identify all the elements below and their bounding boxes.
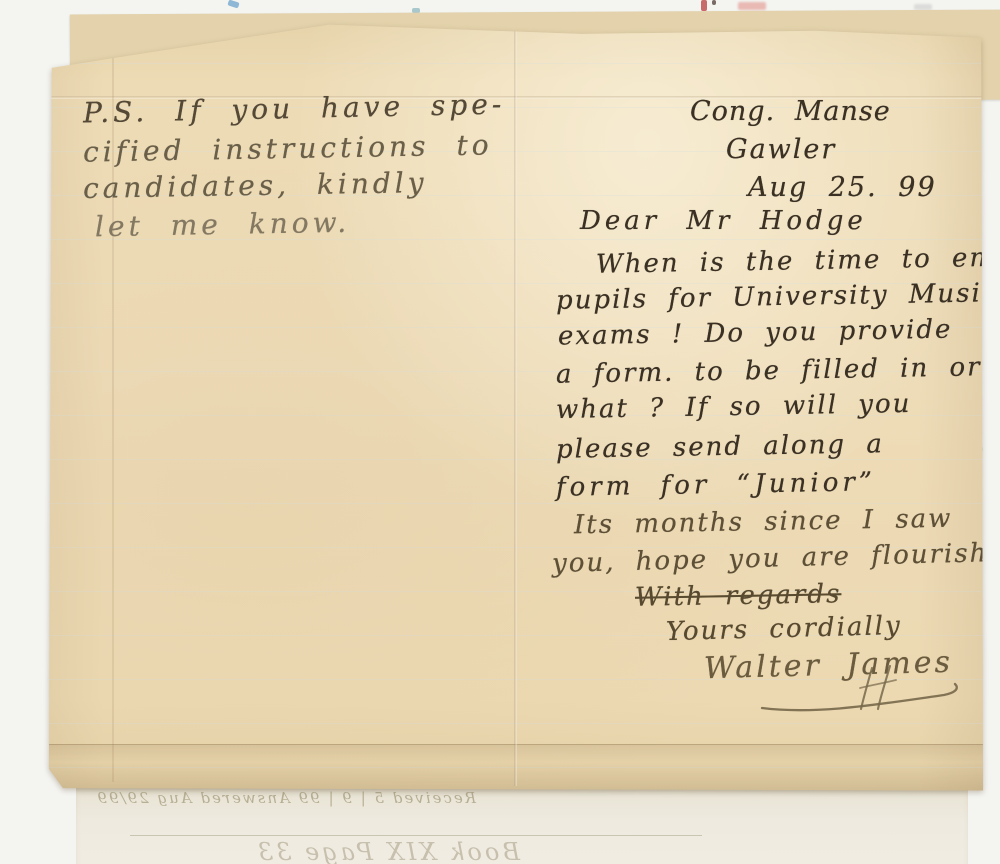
body-line: please send along a	[556, 429, 884, 465]
heading-date: Aug 25. 99	[748, 172, 937, 203]
verso-sheet: Received 5 | 9 | 99 Answered Aug 29/99 B…	[76, 786, 968, 864]
red-ink-speck	[701, 0, 707, 11]
green-speck	[982, 445, 987, 453]
dark-speck	[712, 0, 716, 5]
scanned-letter-page: Received 5 | 9 | 99 Answered Aug 29/99 B…	[0, 0, 1000, 864]
verso-rule-line	[130, 835, 702, 836]
salutation-line: Dear Mr Hodge	[580, 206, 867, 236]
closing-line: Yours cordially	[666, 611, 902, 647]
body-line: form for “Junior”	[556, 467, 877, 503]
blue-ink-speck	[227, 0, 239, 9]
heading-place-line: Cong. Manse	[690, 96, 891, 127]
signature-flourish	[748, 662, 974, 718]
letter-sheet: P.S. If you have spe- cified instruction…	[48, 20, 984, 792]
heading-place-line: Gawler	[726, 134, 836, 165]
postscript-line: let me know.	[95, 206, 351, 243]
center-fold-crease	[514, 28, 517, 786]
closing-line: With regards	[635, 579, 842, 613]
body-line: what ? If so will you	[556, 389, 912, 425]
pink-smudge	[738, 2, 766, 10]
verso-note-line: Book XIX Page 33	[180, 838, 520, 864]
postscript-line: candidates, kindly	[83, 166, 428, 205]
letter-sheet-wrap: P.S. If you have spe- cified instruction…	[48, 20, 984, 792]
